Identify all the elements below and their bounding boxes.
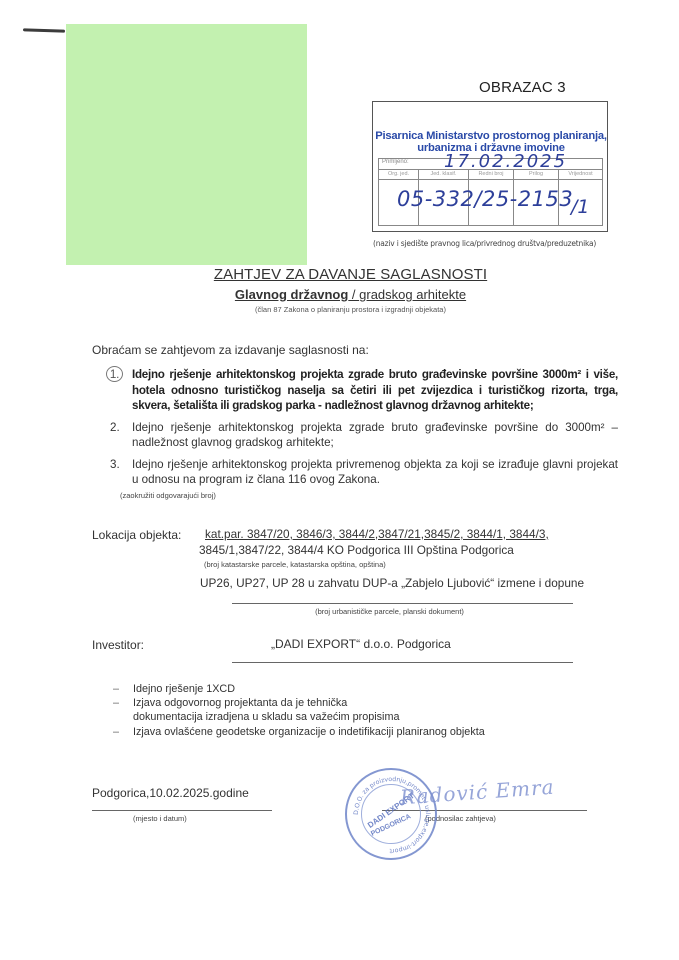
investor-value: „DADI EXPORT“ d.o.o. Podgorica <box>271 637 451 651</box>
registry-number: 05-332/25-2153 <box>397 187 573 211</box>
dash-bullet-icon: – <box>113 725 119 739</box>
company-seal: D.O.O. za proizvodnju,promet i usluge,ex… <box>345 768 437 860</box>
stamp-caption: (naziv i sjedište pravnog lica/privredno… <box>373 239 596 248</box>
form-number: OBRAZAC 3 <box>479 79 566 96</box>
registry-stamp: Pisarnica Ministarstvo prostornog planir… <box>372 101 608 232</box>
urban-plots-rule <box>232 603 573 604</box>
option-2[interactable]: 2. Idejno rješenje arhitektonskog projek… <box>108 420 618 451</box>
dash-bullet-icon: – <box>113 682 119 696</box>
document-subtitle: Glavnog državnog / gradskog arhitekte <box>0 287 679 302</box>
option-1-text: Idejno rješenje arhitektonskog projekta … <box>132 368 618 412</box>
article-reference: (član 87 Zakona o planiranju prostora i … <box>0 305 679 314</box>
attachment-mark: /1 <box>571 196 590 218</box>
option-2-number: 2. <box>110 420 120 436</box>
location-label: Lokacija objekta: <box>92 528 181 542</box>
intro-text: Obraćam se zahtjevom za izdavanje saglas… <box>92 343 369 357</box>
attachment-item: –Idejno rješenje 1XCD <box>113 682 485 696</box>
request-options: 1. Idejno rješenje arhitektonskog projek… <box>108 367 618 494</box>
attachments-list: –Idejno rješenje 1XCD –Izjava odgovornog… <box>113 682 485 739</box>
attachment-item: –Izjava ovlašćene geodetske organizacije… <box>113 725 485 739</box>
stamp-received-row: Primljeno: 17.02.2025 <box>378 158 603 170</box>
redaction-box <box>66 24 307 265</box>
investor-rule <box>232 662 573 663</box>
place-date: Podgorica,10.02.2025.godine <box>92 786 249 800</box>
stamp-received-date: 17.02.2025 <box>444 151 567 172</box>
place-date-caption: (mjesto i datum) <box>133 814 187 823</box>
location-caption: (broj katastarske parcele, katastarska o… <box>204 560 386 569</box>
stamp-received-label: Primljeno: <box>382 159 409 165</box>
location-value: kat.par. 3847/20, 3846/3, 3844/2,3847/21… <box>199 527 549 558</box>
investor-label: Investitor: <box>92 638 144 652</box>
option-3-number: 3. <box>110 457 120 473</box>
document-title: ZAHTJEV ZA DAVANJE SAGLASNOSTI <box>0 266 679 283</box>
location-line1: kat.par. 3847/20, 3846/3, 3844/2,3847/21… <box>199 527 549 543</box>
option-1-number-circled: 1. <box>106 366 123 382</box>
urban-plots-caption: (broj urbanističke parcele, planski doku… <box>0 607 679 616</box>
stamp-title-line1: Pisarnica Ministarstvo prostornog planir… <box>375 130 607 142</box>
place-date-rule <box>92 810 272 811</box>
urban-plots-value: UP26, UP27, UP 28 u zahvatu DUP-a „Zabje… <box>200 576 584 590</box>
location-line2: 3845/1,3847/22, 3844/4 KO Podgorica III … <box>199 543 549 559</box>
dash-bullet-icon: – <box>113 696 119 710</box>
pen-mark <box>23 28 65 32</box>
option-2-text: Idejno rješenje arhitektonskog projekta … <box>132 421 618 450</box>
option-3[interactable]: 3. Idejno rješenje arhitektonskog projek… <box>108 457 618 488</box>
options-hint: (zaokružiti odgovarajući broj) <box>120 491 216 500</box>
option-3-text: Idejno rješenje arhitektonskog projekta … <box>132 458 618 487</box>
attachment-item: –Izjava odgovornog projektanta da je teh… <box>113 696 485 724</box>
option-1[interactable]: 1. Idejno rješenje arhitektonskog projek… <box>108 367 618 414</box>
